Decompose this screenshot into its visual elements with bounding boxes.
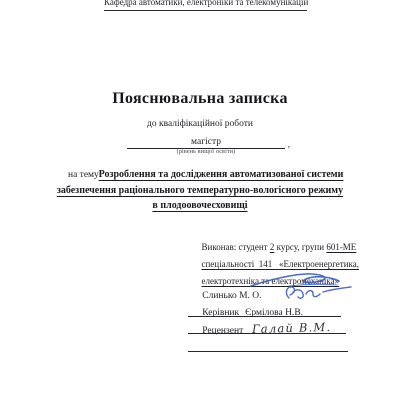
reviewer-name-handwritten: Галай В.М. bbox=[252, 321, 332, 336]
credits-block: Виконав: студент 2 курсу, групи 601-МЕ с… bbox=[188, 0, 352, 400]
reviewer-label: Рецензент bbox=[202, 326, 243, 336]
thesis-title-page: Кафедра автоматики, електроніки та телек… bbox=[0, 0, 400, 400]
reviewer-signature-row: РецензентГалай В.М. bbox=[188, 310, 348, 352]
